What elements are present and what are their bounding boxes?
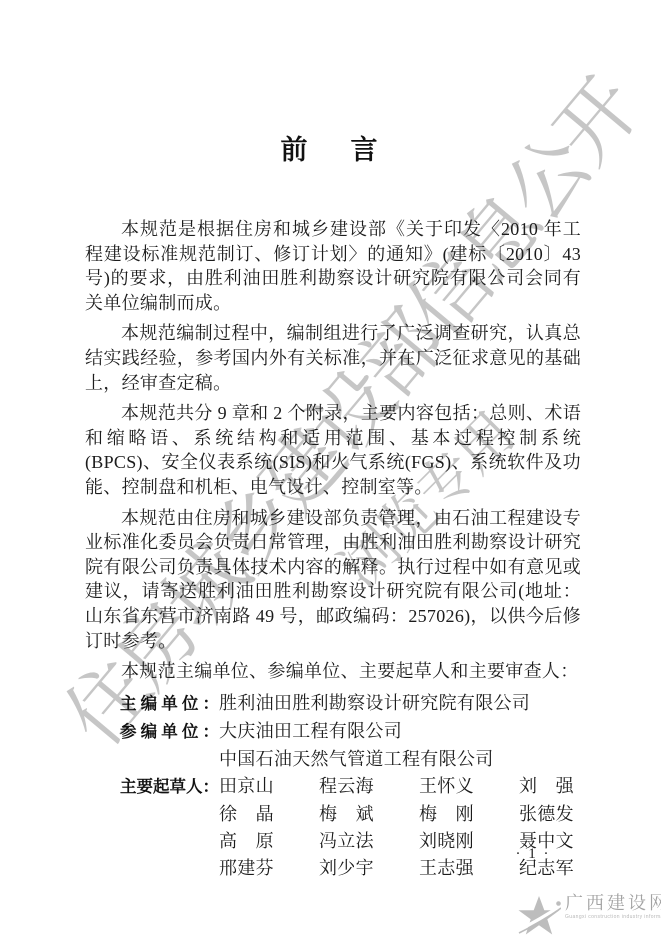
foreword-paragraph-1: 本规范是根据住房和城乡建设部《关于印发〈2010 年工程建设标准规范制订、修订计…: [85, 217, 581, 315]
drafters-row-1: 主要起草人： 田京山 程云海 王怀义 刘 强: [85, 773, 581, 801]
drafter-name: 徐 晶: [219, 801, 319, 828]
page-title: 前 言: [85, 128, 581, 167]
drafter-name: 田京山: [219, 773, 319, 800]
chief-editor-line: 主编单位： 胜利油田胜利勘察设计研究院有限公司: [85, 690, 581, 718]
foreword-paragraph-2: 本规范编制过程中，编制组进行了广泛调查研究，认真总结实践经验，参考国内外有关标准…: [85, 321, 581, 395]
drafter-name: 冯立法: [319, 828, 419, 855]
drafter-name: 王怀义: [419, 773, 519, 800]
foreword-paragraph-5: 本规范主编单位、参编单位、主要起草人和主要审查人：: [85, 659, 581, 684]
foreword-paragraph-4: 本规范由住房和城乡建设部负责管理，由石油工程建设专业标准化委员会负责日常管理，由…: [85, 506, 581, 654]
co-editor-unit: 大庆油田工程有限公司: [219, 718, 581, 745]
foreword-paragraph-3: 本规范共分 9 章和 2 个附录，主要内容包括：总则、术语和缩略语、系统结构和适…: [85, 401, 581, 499]
drafter-name: 张德发: [519, 801, 574, 828]
co-editor-line: 参编单位： 大庆油田工程有限公司: [85, 718, 581, 746]
chief-editor-unit: 胜利油田胜利勘察设计研究院有限公司: [219, 690, 581, 717]
co-editor-line-2: 中国石油天然气管道工程有限公司: [85, 746, 581, 773]
site-logo-tagline: Guangxi construction industry informatio…: [565, 914, 661, 921]
foreword-content: 前 言 本规范是根据住房和城乡建设部《关于印发〈2010 年工程建设标准规范制订…: [85, 128, 581, 882]
drafter-name: 邢建芬: [219, 855, 319, 882]
co-editor-unit-2: 中国石油天然气管道工程有限公司: [219, 746, 581, 773]
drafter-name: 程云海: [319, 773, 419, 800]
drafters-label: 主要起草人：: [120, 774, 219, 801]
site-logo-name: 广西建设网: [565, 892, 661, 914]
drafter-name: 高 原: [219, 828, 319, 855]
drafter-name: 刘少宇: [319, 855, 419, 882]
site-logo: 广西建设网 Guangxi construction industry info…: [517, 892, 661, 945]
drafter-name: 刘 强: [519, 773, 574, 800]
document-page: 住房城乡建设部信息公开 浏览专用 前 言 本规范是根据住房和城乡建设部《关于印发…: [0, 0, 661, 945]
page-number: · 1 ·: [503, 846, 563, 863]
drafter-name: 梅 刚: [419, 801, 519, 828]
co-editor-label: 参编单位：: [120, 719, 219, 746]
drafter-name: 梅 斌: [319, 801, 419, 828]
drafters-row-2: 徐 晶 梅 斌 梅 刚 张德发: [85, 801, 581, 828]
star-logo-icon: [517, 894, 561, 945]
chief-editor-label: 主编单位：: [120, 691, 219, 718]
